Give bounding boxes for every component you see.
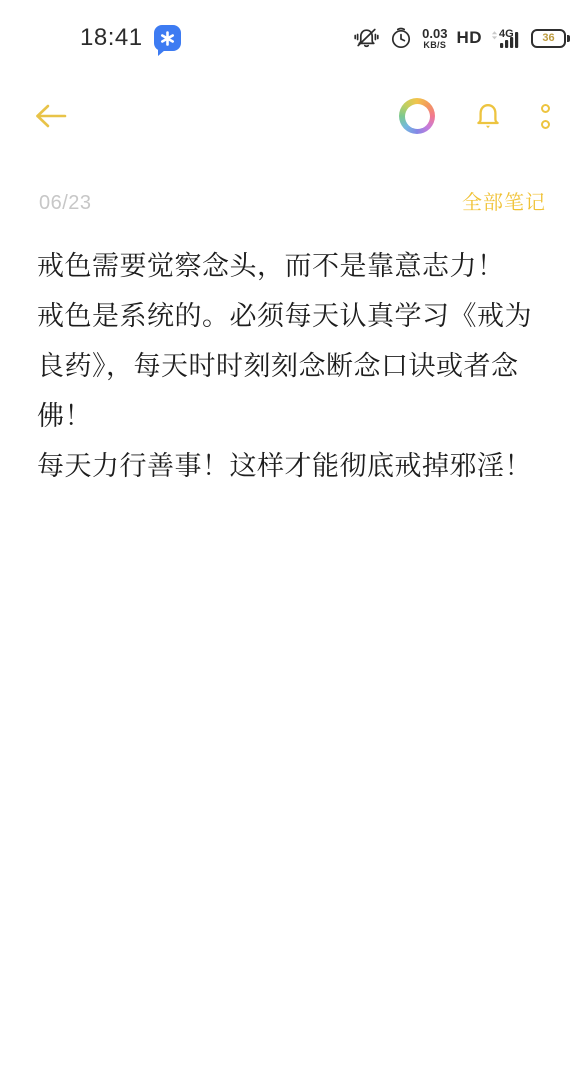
back-button[interactable] [34,103,68,129]
note-date: 06/23 [39,192,92,215]
network-speed-value: 0.03 [422,27,447,40]
back-arrow-icon [34,103,68,129]
rainbow-ring-icon [399,98,435,134]
asterisk-glyph [160,31,175,46]
more-options-button[interactable] [541,104,550,129]
reminder-button[interactable] [472,100,504,132]
notes-app-screen: 18:41 [0,0,580,1066]
menu-dot-icon [541,120,550,129]
battery-indicator: 36 [531,29,566,48]
note-paragraph: 戒色需要觉察念头，而不是靠意志力！ [37,241,545,291]
note-meta-row: 06/23 全部笔记 [39,186,546,215]
toolbar [0,86,580,146]
notification-muted-icon [353,26,380,50]
all-notes-link[interactable]: 全部笔记 [462,186,546,215]
status-bar-right: 0.03 KB/S HD 4G 36 [353,26,566,50]
alarm-clock-icon [389,26,413,50]
note-paragraph: 戒色是系统的。必须每天认真学习《戒为良药》，每天时时刻刻念断念口诀或者念佛！ [37,291,545,441]
status-bar: 18:41 [0,0,580,64]
clock-time: 18:41 [80,24,143,52]
status-bar-left: 18:41 [80,24,181,52]
network-speed-unit: KB/S [423,40,446,50]
bell-icon [472,100,504,132]
skin-theme-button[interactable] [399,98,435,134]
star-message-badge-icon [154,25,181,51]
note-paragraph: 每天力行善事！这样才能彻底戒掉邪淫！ [37,441,545,491]
toolbar-right [399,98,550,134]
signal-4g-icon: 4G [491,26,522,50]
battery-percent: 36 [542,32,554,44]
volte-hd-indicator: HD [456,28,482,48]
note-content[interactable]: 戒色需要觉察念头，而不是靠意志力！ 戒色是系统的。必须每天认真学习《戒为良药》，… [37,241,545,491]
menu-dot-icon [541,104,550,113]
network-speed-indicator: 0.03 KB/S [422,27,447,50]
